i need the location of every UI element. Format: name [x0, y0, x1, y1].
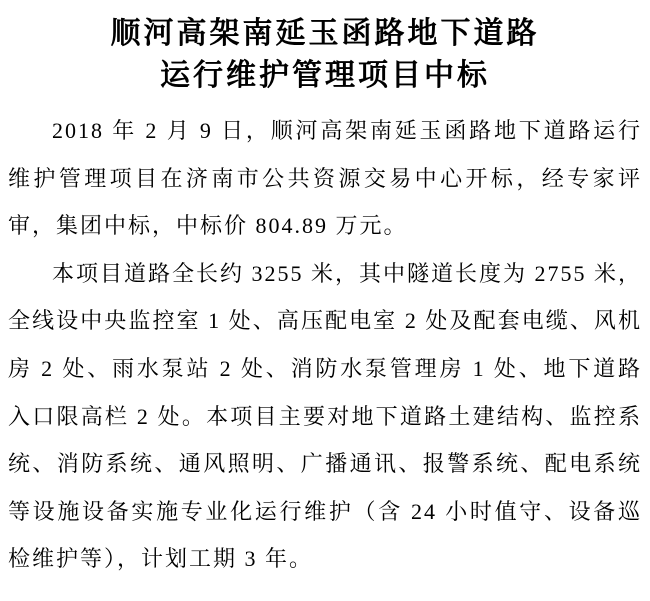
page-title-line-1: 顺河高架南延玉函路地下道路 [10, 13, 640, 55]
paragraph-project-scope: 本项目道路全长约 3255 米，其中隧道长度为 2755 米，全线设中央监控室 … [8, 250, 642, 583]
page-title-line-2: 运行维护管理项目中标 [10, 55, 640, 97]
document-body: 2018 年 2 月 9 日，顺河高架南延玉函路地下道路运行维护管理项目在济南市… [8, 107, 642, 583]
paragraph-bid-result: 2018 年 2 月 9 日，顺河高架南延玉函路地下道路运行维护管理项目在济南市… [8, 107, 642, 250]
page-title: 顺河高架南延玉函路地下道路 运行维护管理项目中标 [10, 13, 640, 97]
document-page: 顺河高架南延玉函路地下道路 运行维护管理项目中标 2018 年 2 月 9 日，… [0, 0, 650, 601]
